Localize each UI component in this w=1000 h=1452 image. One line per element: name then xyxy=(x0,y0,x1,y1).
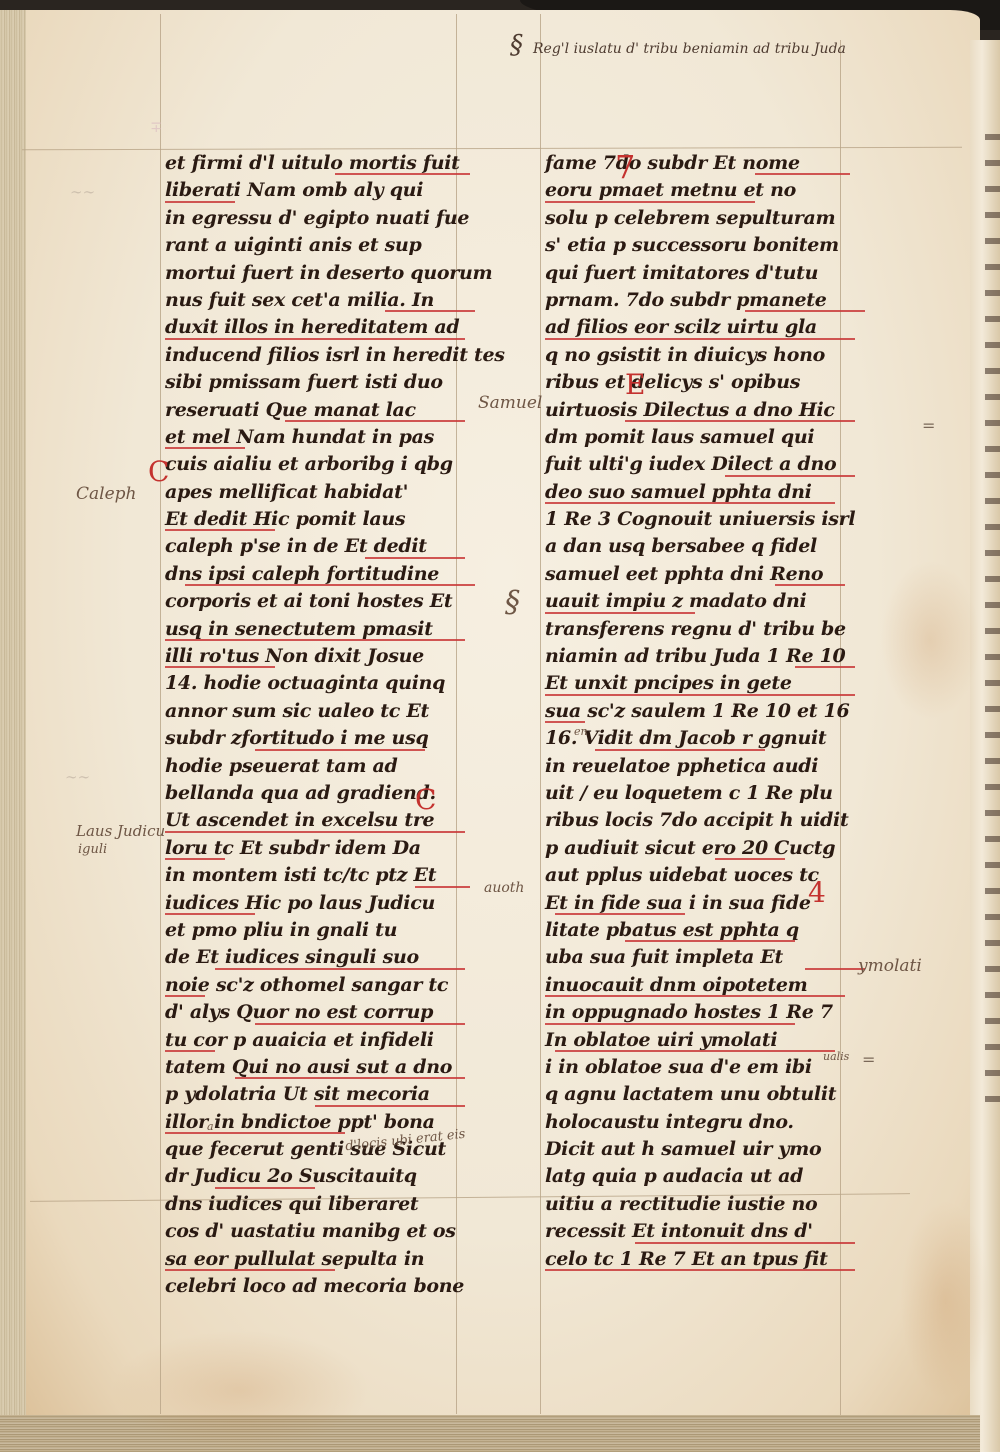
text-line: in reuelatoe pphetica audi xyxy=(545,753,855,780)
text-line: inuocauit dnm oipotetem xyxy=(545,972,855,999)
running-header-note: §Reg'l iuslatu d' tribu beniamin ad trib… xyxy=(510,30,846,60)
text-line: dr Judicu 2o Suscitauitq xyxy=(165,1163,465,1190)
faint-offset-mark: ∼∼ xyxy=(70,183,95,201)
header-note-text: Reg'l iuslatu d' tribu beniamin ad tribu… xyxy=(533,41,846,57)
text-line: noie sc'z othomel sangar tc xyxy=(165,972,465,999)
text-line: litate pbatus est pphta q xyxy=(545,917,855,944)
text-line: liberati Nam omb aly qui xyxy=(165,177,465,204)
interlinear-insertion: en xyxy=(574,725,588,738)
faint-offset-mark: ∼∼ xyxy=(65,768,90,786)
text-line: 16. Vidit dm Jacob r ggnuit xyxy=(545,725,855,752)
text-line: celebri loco ad mecoria bone xyxy=(165,1273,465,1300)
pencil-mark: = xyxy=(862,1050,875,1069)
text-line: p ydolatria Ut sit mecoria xyxy=(165,1081,465,1108)
text-line: tu cor p auaicia et infideli xyxy=(165,1027,465,1054)
red-initial: C xyxy=(148,455,169,488)
text-line: uauit impiu z madato dni xyxy=(545,588,855,615)
text-line: a dan usq bersabee q fidel xyxy=(545,533,855,560)
ruling-line xyxy=(540,14,541,1414)
text-line: niamin ad tribu Juda 1 Re 10 xyxy=(545,643,855,670)
text-line: in egressu d' egipto nuati fue xyxy=(165,205,465,232)
text-line: sibi pmissam fuert isti duo xyxy=(165,369,465,396)
text-line: holocaustu integru dno. xyxy=(545,1109,855,1136)
red-initial: 4 xyxy=(808,876,826,909)
text-line: p audiuit sicut ero 20 Cuctg xyxy=(545,835,855,862)
text-line: solu p celebrem sepulturam xyxy=(545,205,855,232)
text-line: ad filios eor scilz uirtu gla xyxy=(545,314,855,341)
text-line: inducend filios isrl in heredit tes xyxy=(165,342,465,369)
text-line: recessit Et intonuit dns d' xyxy=(545,1218,855,1245)
interlinear-insertion: ualis xyxy=(823,1050,849,1063)
text-line: q agnu lactatem unu obtulit xyxy=(545,1081,855,1108)
ruling-line xyxy=(160,14,161,1414)
text-line: deo suo samuel pphta dni xyxy=(545,479,855,506)
section-mark: § xyxy=(505,585,520,620)
text-line: in oppugnado hostes 1 Re 7 xyxy=(545,999,855,1026)
text-line: uitiu a rectitudie iustie no xyxy=(545,1191,855,1218)
text-line: uirtuosis Dilectus a dno Hic xyxy=(545,397,855,424)
text-line: duxit illos in hereditatem ad xyxy=(165,314,465,341)
text-line: tatem Qui no ausi sut a dno xyxy=(165,1054,465,1081)
text-line: eoru pmaet metnu et no xyxy=(545,177,855,204)
text-line: 14. hodie octuaginta quinq xyxy=(165,670,465,697)
text-line: i in oblatoe sua d'e em ibi xyxy=(545,1054,855,1081)
text-line: ribus locis 7do accipit h uidit xyxy=(545,807,855,834)
text-line: Dicit aut h samuel uir ymo xyxy=(545,1136,855,1163)
text-line: d' alys Quor no est corrup xyxy=(165,999,465,1026)
text-line: q no gsistit in diuicys hono xyxy=(545,342,855,369)
text-line: sua sc'z saulem 1 Re 10 et 16 xyxy=(545,698,855,725)
text-line: s' etia p successoru bonitem xyxy=(545,232,855,259)
text-line: transferens regnu d' tribu be xyxy=(545,616,855,643)
red-initial: C xyxy=(415,783,436,816)
text-line: reseruati Que manat lac xyxy=(165,397,465,424)
text-line: In oblatoe uiri ymolati xyxy=(545,1027,855,1054)
text-line: cuis aialiu et arboribg i qbg xyxy=(165,451,465,478)
margin-insertion: auoth xyxy=(484,880,524,896)
text-line: in montem isti tc/tc ptz Et xyxy=(165,862,465,889)
section-mark: § xyxy=(510,30,523,60)
text-line: corporis et ai toni hostes Et xyxy=(165,588,465,615)
text-line: qui fuert imitatores d'tutu xyxy=(545,260,855,287)
water-stain xyxy=(900,1200,990,1400)
text-line: fuit ulti'g iudex Dilect a dno xyxy=(545,451,855,478)
water-stain xyxy=(880,560,980,720)
text-line: samuel eet pphta dni Reno xyxy=(545,561,855,588)
text-line: dns iudices qui liberaret xyxy=(165,1191,465,1218)
red-initial: E xyxy=(625,368,645,401)
margin-note-immolati: ymolati xyxy=(858,956,922,976)
margin-note-laus-judicum-sub: iguli xyxy=(78,842,107,857)
text-line: nus fuit sex cet'a milia. In xyxy=(165,287,465,314)
text-line: Et dedit Hic pomit laus xyxy=(165,506,465,533)
text-line: iudices Hic po laus Judicu xyxy=(165,890,465,917)
text-line: illi ro'tus Non dixit Josue xyxy=(165,643,465,670)
text-line: celo tc 1 Re 7 Et an tpus fit xyxy=(545,1246,855,1273)
facing-page-text-edge xyxy=(985,120,1000,1120)
text-line: uit / eu loquetem c 1 Re plu xyxy=(545,780,855,807)
text-line: et firmi d'l uitulo mortis fuit xyxy=(165,150,465,177)
text-line: rant a uiginti anis et sup xyxy=(165,232,465,259)
faint-offset-mark: ∓ xyxy=(150,118,163,136)
margin-note-samuel: Samuel xyxy=(478,393,542,413)
text-line: loru tc Et subdr idem Da xyxy=(165,835,465,862)
red-initial: 7 xyxy=(615,148,635,186)
text-line: et pmo pliu in gnali tu xyxy=(165,917,465,944)
text-line: cos d' uastatiu manibg et os xyxy=(165,1218,465,1245)
text-line: et mel Nam hundat in pas xyxy=(165,424,465,451)
text-line: uba sua fuit impleta Et xyxy=(545,944,855,971)
text-line: latg quia p audacia ut ad xyxy=(545,1163,855,1190)
text-line: mortui fuert in deserto quorum xyxy=(165,260,465,287)
right-text-column: fame 7do subdr Et nome eoru pmaet metnu … xyxy=(545,150,855,1273)
water-stain xyxy=(110,1330,370,1450)
text-line: hodie pseuerat tam ad xyxy=(165,753,465,780)
margin-note-laus-judicum: Laus Judicu xyxy=(76,822,165,840)
pencil-mark: = xyxy=(922,416,935,435)
text-line: dm pomit laus samuel qui xyxy=(545,424,855,451)
text-line: prnam. 7do subdr pmanete xyxy=(545,287,855,314)
text-line: Et unxit pncipes in gete xyxy=(545,670,855,697)
text-line: apes mellificat habidat' xyxy=(165,479,465,506)
text-line: annor sum sic ualeo tc Et xyxy=(165,698,465,725)
text-line: usq in senectutem pmasit xyxy=(165,616,465,643)
text-line: sa eor pullulat sepulta in xyxy=(165,1246,465,1273)
text-line: 1 Re 3 Cognouit uniuersis isrl xyxy=(545,506,855,533)
text-line: de Et iudices singuli suo xyxy=(165,944,465,971)
page-stack-left-edge xyxy=(0,10,26,1440)
text-line: subdr zfortitudo i me usq xyxy=(165,725,465,752)
text-line: dns ipsi caleph fortitudine xyxy=(165,561,465,588)
text-line: caleph p'se in de Et dedit xyxy=(165,533,465,560)
text-line: fame 7do subdr Et nome xyxy=(545,150,855,177)
interlinear-insertion: a xyxy=(207,1120,214,1133)
text-line: ribus et delicys s' opibus xyxy=(545,369,855,396)
margin-note-caleph: Caleph xyxy=(76,484,136,504)
